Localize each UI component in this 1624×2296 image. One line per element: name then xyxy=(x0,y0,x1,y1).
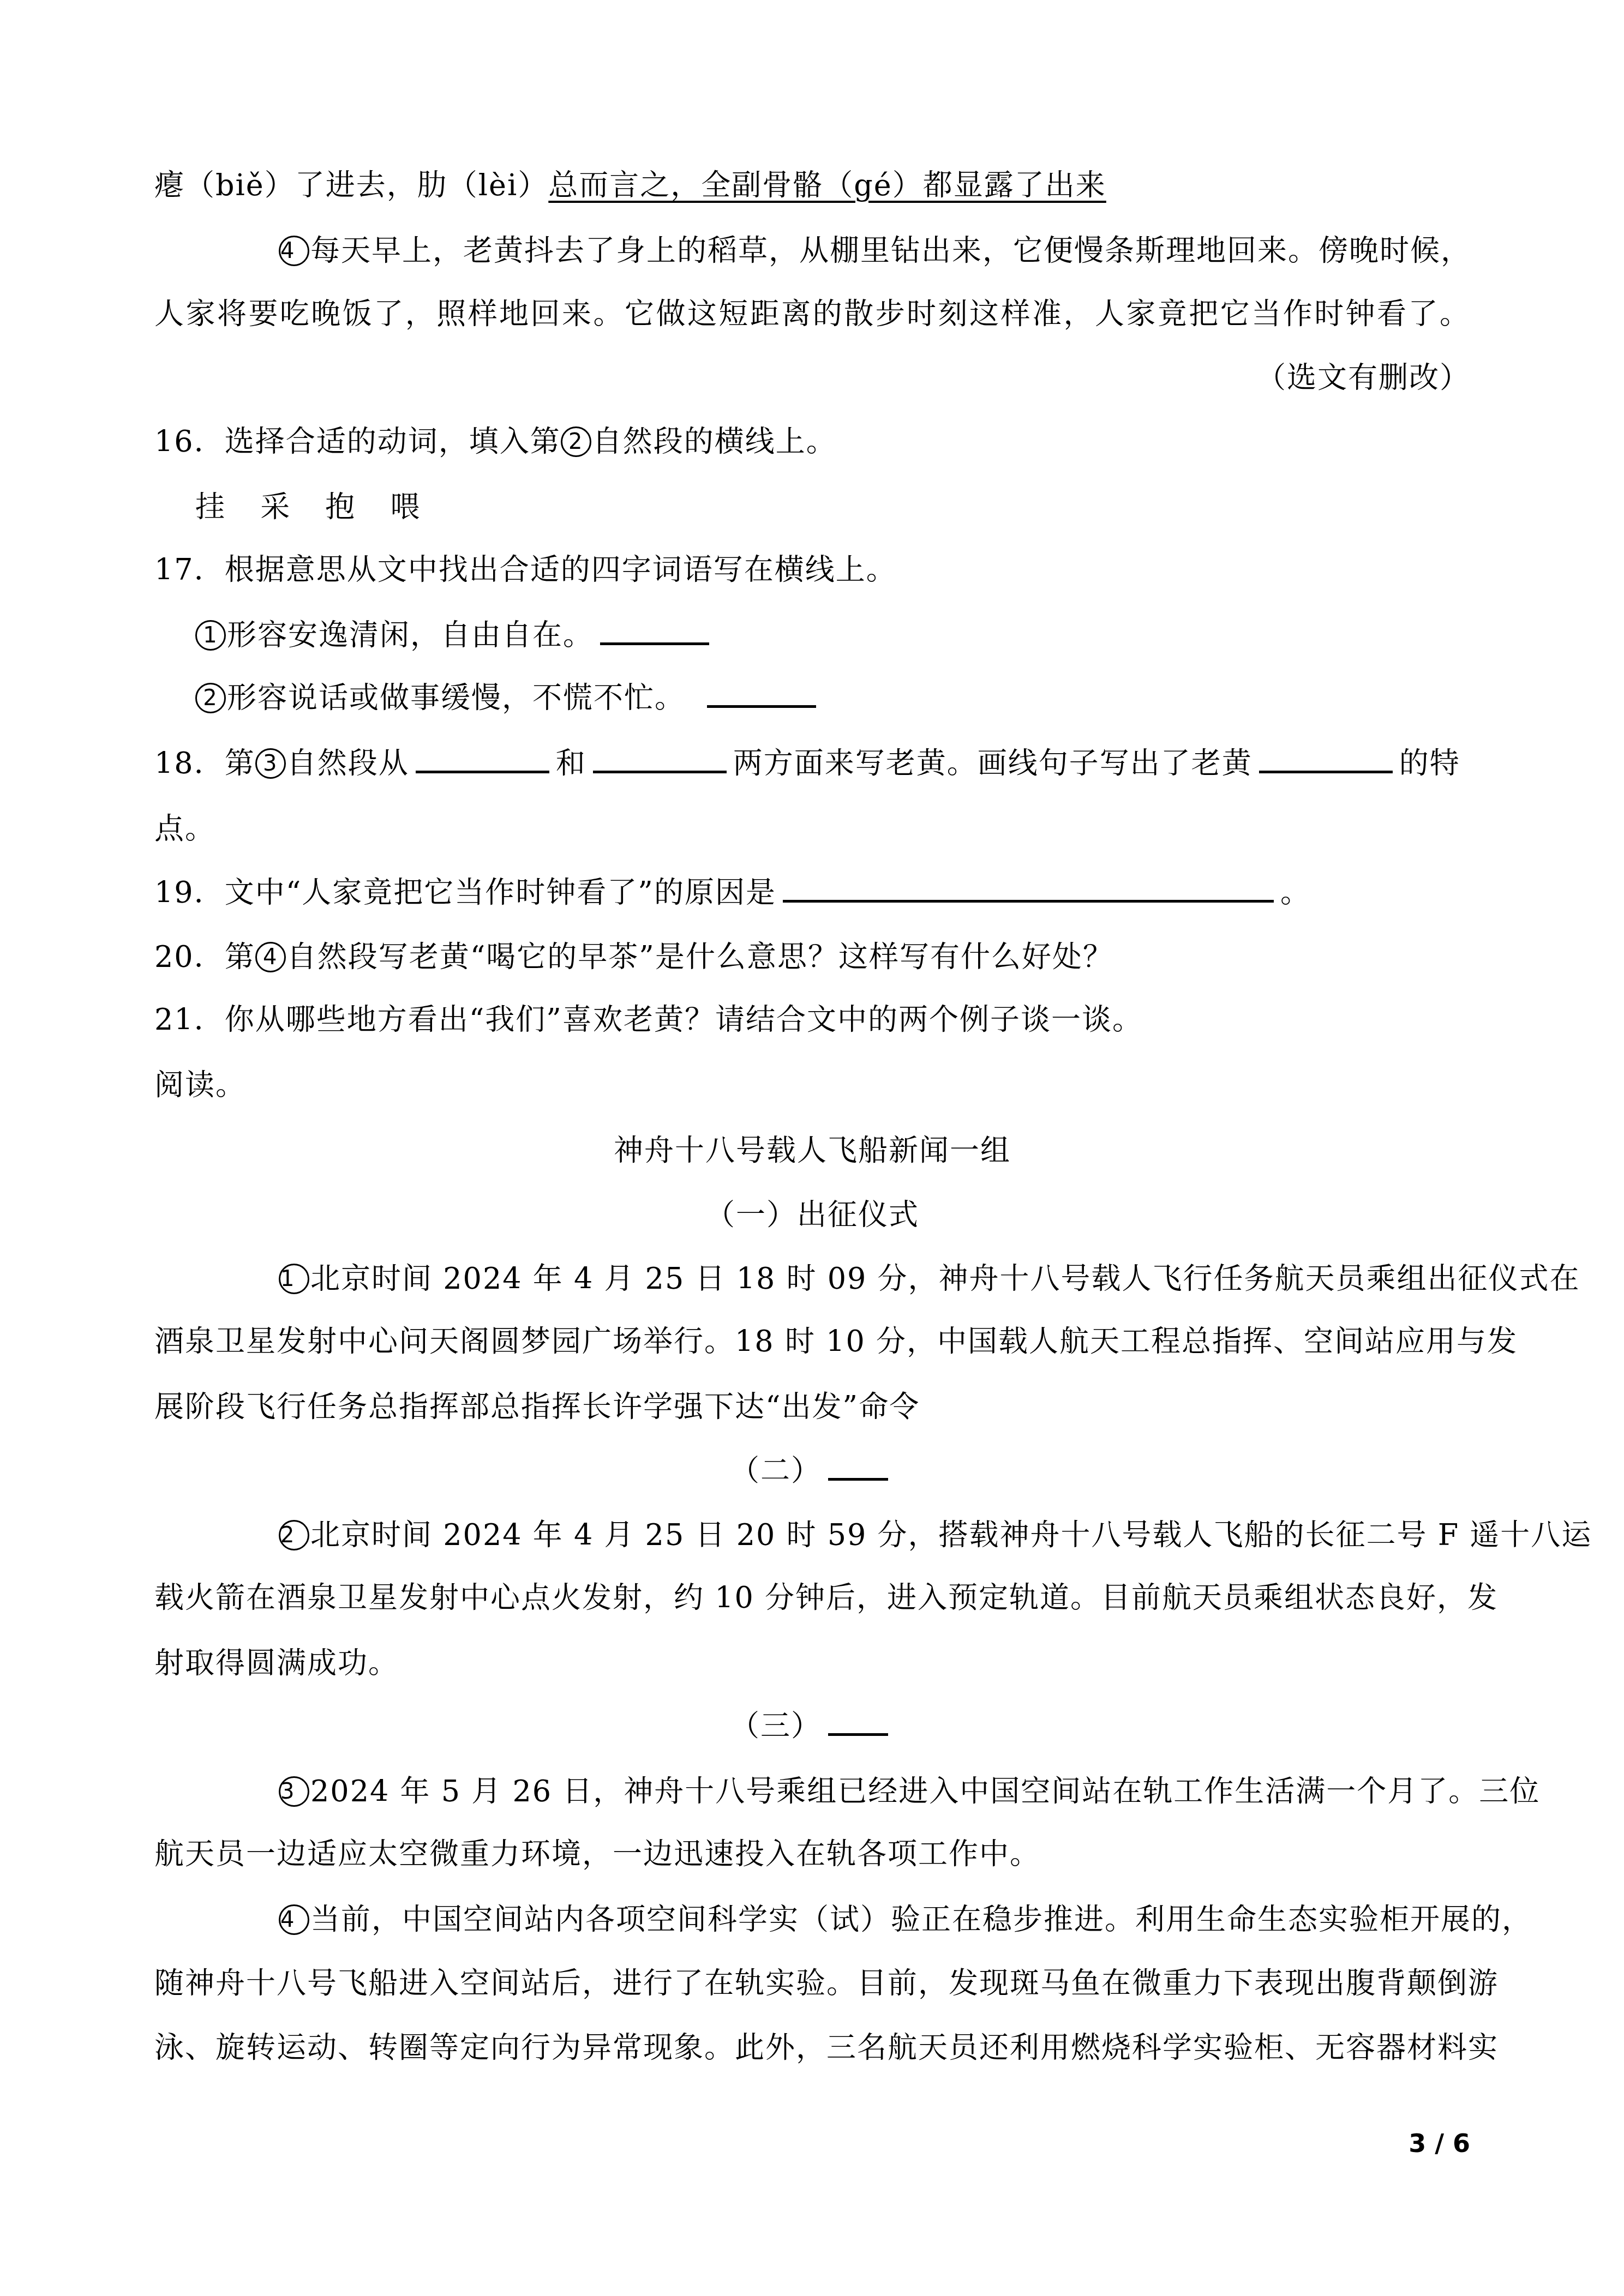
question-text: 16．选择合适的动词，填入第 xyxy=(154,424,561,459)
question-text: 自然段从 xyxy=(287,746,409,780)
underlined-sentence: 总而言之，全副骨骼（gé）都显露了出来 xyxy=(548,168,1106,202)
circled-number-4: 4 xyxy=(255,942,286,972)
passage-paragraph-4-line-2: 人家将要吃晚饭了，照样地回来。它做这短距离的散步时刻这样准，人家竟把它当作时钟看… xyxy=(154,294,1470,334)
paragraph-text: 酒泉卫星发射中心问天阁圆梦园广场举行。18 时 10 分，中国载人航天工程总指挥… xyxy=(154,1324,1518,1359)
answer-blank[interactable] xyxy=(593,746,727,773)
circled-number-1: 1 xyxy=(195,620,226,651)
page-number: 3 / 6 xyxy=(1364,2127,1470,2160)
paragraph-text: 随神舟十八号飞船进入空间站后，进行了在轨实验。目前，发现斑马鱼在微重力下表现出腹… xyxy=(154,1966,1499,2000)
question-text: 自然段写老黄“喝它的早茶”是什么意思？这样写有什么好处？ xyxy=(287,940,1113,974)
circled-number-2: 2 xyxy=(195,683,226,713)
paragraph-text: 航天员一边适应太空微重力环境，一边迅速投入在轨各项工作中。 xyxy=(154,1837,1040,1871)
news-paragraph-2-line-1: 2北京时间 2024 年 4 月 25 日 20 时 59 分，搭载神舟十八号载… xyxy=(154,1516,1470,1555)
question-20: 20．第4自然段写老黄“喝它的早茶”是什么意思？这样写有什么好处？ xyxy=(154,937,1470,977)
passage-paragraph-4-line-1: 4每天早上，老黄抖去了身上的稻草，从棚里钻出来，它便慢条斯理地回来。傍晚时候， xyxy=(154,231,1470,271)
question-text: 20．第 xyxy=(154,940,255,974)
question-text: 18．第 xyxy=(154,746,255,780)
news-paragraph-4-line-2: 随神舟十八号飞船进入空间站后，进行了在轨实验。目前，发现斑马鱼在微重力下表现出腹… xyxy=(154,1964,1470,2003)
question-17-item-2: 2形容说话或做事缓慢，不慌不忙。 xyxy=(154,678,1470,718)
question-text: 17．根据意思从文中找出合适的四字词语写在横线上。 xyxy=(154,552,897,587)
section-1-heading: （一）出征仪式 xyxy=(154,1195,1470,1235)
paragraph-text: 北京时间 2024 年 4 月 25 日 18 时 09 分，神舟十八号载人飞行… xyxy=(310,1261,1580,1296)
question-text: 21．你从哪些地方看出“我们”喜欢老黄？请结合文中的两个例子谈一谈。 xyxy=(154,1002,1143,1037)
news-paragraph-1-line-1: 1北京时间 2024 年 4 月 25 日 18 时 09 分，神舟十八号载人飞… xyxy=(154,1259,1470,1299)
paragraph-text: 展阶段飞行任务总指挥部总指挥长许学强下达“出发”命令 xyxy=(154,1390,920,1424)
news-paragraph-3-line-2: 航天员一边适应太空微重力环境，一边迅速投入在轨各项工作中。 xyxy=(154,1835,1470,1874)
source-note: （选文有删改） xyxy=(154,358,1470,398)
article-title: 神舟十八号载人飞船新闻一组 xyxy=(154,1131,1470,1170)
question-text: 两方面来写老黄。画线句子写出了老黄 xyxy=(733,746,1253,780)
passage-text: 瘪（biě）了进去，肋（lèi） xyxy=(154,168,548,202)
reading-intro: 阅读。 xyxy=(154,1066,1470,1105)
section-heading-text: （一）出征仪式 xyxy=(705,1198,919,1232)
answer-blank[interactable] xyxy=(600,617,709,645)
circled-number-4: 4 xyxy=(279,1904,309,1935)
answer-blank[interactable] xyxy=(707,680,816,708)
question-text: 自然段的横线上。 xyxy=(592,424,837,459)
question-18-line-2: 点。 xyxy=(154,809,1470,849)
answer-blank[interactable] xyxy=(783,875,1274,903)
news-paragraph-1-line-2: 酒泉卫星发射中心问天阁圆梦园广场举行。18 时 10 分，中国载人航天工程总指挥… xyxy=(154,1322,1470,1361)
reading-intro-text: 阅读。 xyxy=(154,1068,246,1102)
paragraph-text: 载火箭在酒泉卫星发射中心点火发射，约 10 分钟后，进入预定轨道。目前航天员乘组… xyxy=(154,1580,1498,1615)
news-paragraph-3-line-1: 32024 年 5 月 26 日，神舟十八号乘组已经进入中国空间站在轨工作生活满… xyxy=(154,1772,1470,1811)
circled-number-1: 1 xyxy=(279,1264,309,1294)
paragraph-text: 北京时间 2024 年 4 月 25 日 20 时 59 分，搭载神舟十八号载人… xyxy=(310,1518,1592,1552)
question-19: 19．文中“人家竟把它当作时钟看了”的原因是。 xyxy=(154,873,1470,912)
news-paragraph-2-line-2: 载火箭在酒泉卫星发射中心点火发射，约 10 分钟后，进入预定轨道。目前航天员乘组… xyxy=(154,1578,1470,1618)
source-note-text: （选文有删改） xyxy=(1256,360,1470,395)
passage-text: 每天早上，老黄抖去了身上的稻草，从棚里钻出来，它便慢条斯理地回来。傍晚时候， xyxy=(310,233,1471,268)
circled-number-2: 2 xyxy=(279,1520,309,1550)
passage-text: 人家将要吃晚饭了，照样地回来。它做这短距离的散步时刻这样准，人家竟把它当作时钟看… xyxy=(154,297,1470,331)
heading-answer-blank[interactable] xyxy=(828,1708,888,1736)
news-paragraph-4-line-3: 泳、旋转运动、转圈等定向行为异常现象。此外，三名航天员还利用燃烧科学实验柜、无容… xyxy=(154,2028,1470,2067)
question-text: 和 xyxy=(556,746,586,780)
news-paragraph-2-line-3: 射取得圆满成功。 xyxy=(154,1644,1470,1683)
question-18: 18．第3自然段从和两方面来写老黄。画线句子写出了老黄的特 xyxy=(154,744,1470,783)
question-17: 17．根据意思从文中找出合适的四字词语写在横线上。 xyxy=(154,550,1470,590)
article-title-text: 神舟十八号载人飞船新闻一组 xyxy=(614,1133,1011,1168)
question-16-word-options: 挂 采 抱 喂 xyxy=(154,488,1470,527)
answer-blank[interactable] xyxy=(416,746,549,773)
section-3-heading: （三） xyxy=(154,1706,1470,1746)
question-text: 的特 xyxy=(1399,746,1460,780)
word-option: 抱 xyxy=(325,488,356,527)
question-text: 19．文中“人家竟把它当作时钟看了”的原因是 xyxy=(154,875,776,910)
word-option: 采 xyxy=(260,488,291,527)
paragraph-text: 当前，中国空间站内各项空间科学实（试）验正在稳步推进。利用生命生态实验柜开展的， xyxy=(310,1902,1532,1937)
paragraph-text: 泳、旋转运动、转圈等定向行为异常现象。此外，三名航天员还利用燃烧科学实验柜、无容… xyxy=(154,2030,1499,2065)
paragraph-text: 2024 年 5 月 26 日，神舟十八号乘组已经进入中国空间站在轨工作生活满一… xyxy=(310,1774,1540,1808)
exam-page: 瘪（biě）了进去，肋（lèi）总而言之，全副骨骼（gé）都显露了出来 4每天早… xyxy=(0,0,1624,2296)
word-option: 喂 xyxy=(391,488,421,527)
news-paragraph-4-line-1: 4当前，中国空间站内各项空间科学实（试）验正在稳步推进。利用生命生态实验柜开展的… xyxy=(154,1900,1470,1939)
heading-answer-blank[interactable] xyxy=(828,1453,888,1481)
word-option: 挂 xyxy=(195,488,226,527)
question-21: 21．你从哪些地方看出“我们”喜欢老黄？请结合文中的两个例子谈一谈。 xyxy=(154,1000,1470,1039)
circled-number-3: 3 xyxy=(255,748,286,779)
circled-number-3: 3 xyxy=(279,1776,309,1807)
paragraph-text: 射取得圆满成功。 xyxy=(154,1646,399,1680)
news-paragraph-1-line-3: 展阶段飞行任务总指挥部总指挥长许学强下达“出发”命令 xyxy=(154,1387,1470,1427)
answer-blank[interactable] xyxy=(1259,746,1393,773)
passage-line-1: 瘪（biě）了进去，肋（lèi）总而言之，全副骨骼（gé）都显露了出来 xyxy=(154,166,1470,205)
circled-number-2: 2 xyxy=(561,426,591,457)
question-text: 形容安逸清闲，自由自在。 xyxy=(227,618,594,652)
question-16: 16．选择合适的动词，填入第2自然段的横线上。 xyxy=(154,422,1470,461)
section-2-heading: （二） xyxy=(154,1451,1470,1490)
section-heading-text: （三） xyxy=(730,1709,822,1743)
question-text: 。 xyxy=(1280,875,1311,910)
section-heading-text: （二） xyxy=(730,1453,822,1488)
question-17-item-1: 1形容安逸清闲，自由自在。 xyxy=(154,616,1470,655)
question-text: 点。 xyxy=(154,812,215,846)
question-text: 形容说话或做事缓慢，不慌不忙。 xyxy=(227,681,685,715)
circled-number-4: 4 xyxy=(279,236,309,266)
